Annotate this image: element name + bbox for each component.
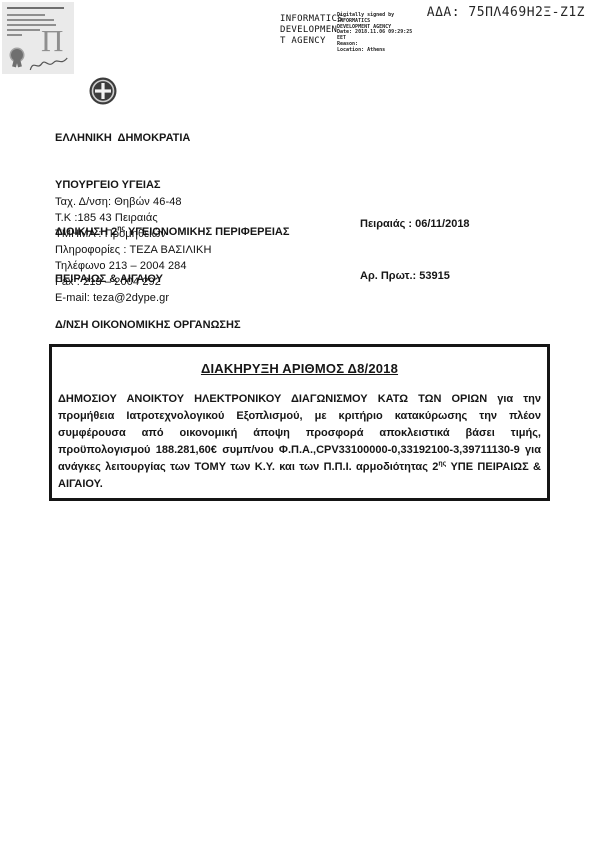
- document-page: Π INFORMATICS DEVELOPMEN T AGENCY Digita…: [0, 0, 595, 842]
- contact-fax: Fax : 213 – 2004 292: [55, 274, 212, 290]
- stamp-text-line: [7, 19, 54, 21]
- contact-postal-code: Τ.Κ :185 43 Πειραιάς: [55, 210, 212, 226]
- certification-stamp: Π: [2, 2, 74, 74]
- contact-information: Πληροφορίες : ΤΕΖΑ ΒΑΣΙΛΙΚΗ: [55, 242, 212, 258]
- notice-title: ΔΙΑΚΗΡΥΞΗ ΑΡΙΘΜΟΣ Δ8/2018: [56, 361, 543, 376]
- seal-ribbon-icon: [11, 49, 23, 61]
- signer-agency-name: INFORMATICS DEVELOPMEN T AGENCY: [280, 14, 343, 47]
- contact-block: Ταχ. Δ/νση: Θηβών 46-48 Τ.Κ :185 43 Πειρ…: [55, 194, 212, 306]
- stamp-text-line: [7, 14, 45, 16]
- notice-body: ΔΗΜΟΣΙΟΥ ΑΝΟΙΚΤΟΥ ΗΛΕΚΤΡΟΝΙΚΟΥ ΔΙΑΓΩΝΙΣΜ…: [58, 391, 541, 493]
- notice-box: ΔΙΑΚΗΡΥΞΗ ΑΡΙΘΜΟΣ Δ8/2018 ΔΗΜΟΣΙΟΥ ΑΝΟΙΚ…: [49, 344, 550, 501]
- pi-column-logo: Π: [41, 25, 63, 56]
- digital-signature-details: Digitally signed by INFORMATICS DEVELOPM…: [337, 13, 427, 54]
- protocol-number: Αρ. Πρωτ.: 53915: [360, 270, 560, 282]
- document-meta: Πειραιάς : 06/11/2018 Αρ. Πρωτ.: 53915: [360, 194, 560, 306]
- signature-detail-line: Location: Athens: [337, 48, 427, 54]
- header-ministry: ΥΠΟΥΡΓΕΙΟ ΥΓΕΙΑΣ: [55, 178, 289, 194]
- stamp-text-line: [7, 29, 40, 31]
- signer-agency-line: INFORMATICS: [280, 14, 343, 25]
- contact-phone: Τηλέφωνο 213 – 2004 284: [55, 258, 212, 274]
- signature-icon: [28, 54, 70, 79]
- ada-code: ΑΔΑ: 75ΠΛ469Η2Ξ-Ζ1Ζ: [427, 5, 585, 20]
- stamp-text-line: [7, 34, 22, 36]
- header-republic: ΕΛΛΗΝΙΚΗ ΔΗΜΟΚΡΑΤΙΑ: [55, 131, 289, 147]
- stamp-text-line: [7, 7, 64, 9]
- contact-department: ΤΜΗΜΑ : Προμηθειών: [55, 226, 212, 242]
- city-date: Πειραιάς : 06/11/2018: [360, 218, 560, 230]
- signer-agency-line: T AGENCY: [280, 36, 343, 47]
- signer-agency-line: DEVELOPMEN: [280, 25, 343, 36]
- contact-address: Ταχ. Δ/νση: Θηβών 46-48: [55, 194, 212, 210]
- contact-email: E-mail: teza@2dype.gr: [55, 290, 212, 306]
- header-directorate: Δ/ΝΣΗ ΟΙΚΟΝΟΜΙΚΗΣ ΟΡΓΑΝΩΣΗΣ: [55, 318, 289, 334]
